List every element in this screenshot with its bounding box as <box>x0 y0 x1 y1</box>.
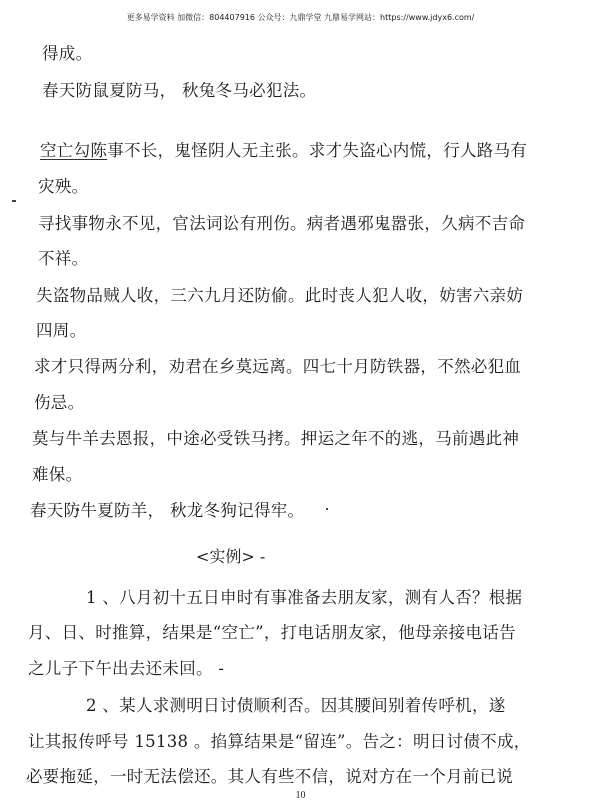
example-line: 让其报传呼号 15138 。掐算结果是“留连”。告之：明日讨债不成， <box>28 728 531 752</box>
text-line: 灾殃。 <box>38 173 88 197</box>
section-title: <实例> - <box>196 544 265 567</box>
text-line: 不祥。 <box>38 245 88 269</box>
underlined-phrase: 空亡勾陈 <box>40 141 107 160</box>
text-line: 空亡勾陈事不长，鬼怪阴人无主张。求才失盗心内慌，行人路马有 <box>40 137 527 161</box>
scan-speck <box>326 508 328 510</box>
text-line: 寻找事物永不见，官法词讼有刑伤。病者遇邪鬼嚣张，久病不吉命 <box>38 210 525 234</box>
example-line: 之儿子下午出去还未回。 - <box>28 655 224 679</box>
text-line: 莫与牛羊去恩报，中途必受铁马拷。押运之年不的逃，马前遇此神 <box>32 425 519 449</box>
text-line: 求才只得两分利，劝君在乡莫远离。四七十月防铁器，不然必犯血 <box>34 353 521 377</box>
scan-speck <box>12 200 16 202</box>
example-line: 2 、某人求测明日讨债顺利否。因其腰间别着传呼机，遂 <box>86 692 506 716</box>
example-line: 1 、八月初十五日申时有事准备去朋友家，测有人否？根据 <box>86 584 522 608</box>
text-line: 春天防牛夏防羊， 秋龙冬狗记得牢。 <box>30 497 304 521</box>
text-line: 难保。 <box>32 461 82 485</box>
text-line: 失盗物品贼人收，三六九月还防偷。此时丧人犯人收，妨害六亲妨 <box>36 282 523 306</box>
page-number: 10 <box>0 790 601 801</box>
text-line: 伤忌。 <box>34 389 84 413</box>
text-line: 得成。 <box>42 40 92 64</box>
scan-speck <box>76 509 79 511</box>
text-line-rest: 事不长，鬼怪阴人无主张。求才失盗心内慌，行人路马有 <box>107 141 527 160</box>
example-line: 必要拖延，一时无法偿还。其人有些不信，说对方在一个月前已说 <box>26 763 513 787</box>
watermark-header: 更多易学资料 加微信：804407916 公众号：九鼎学堂 九鼎易学网站：htt… <box>0 12 601 23</box>
text-line: 春天防鼠夏防马， 秋兔冬马必犯法。 <box>42 77 316 101</box>
example-line: 月、日、时推算，结果是“空亡”，打电话朋友家，他母亲接电话告 <box>28 619 516 643</box>
text-line: 四周。 <box>36 317 86 341</box>
